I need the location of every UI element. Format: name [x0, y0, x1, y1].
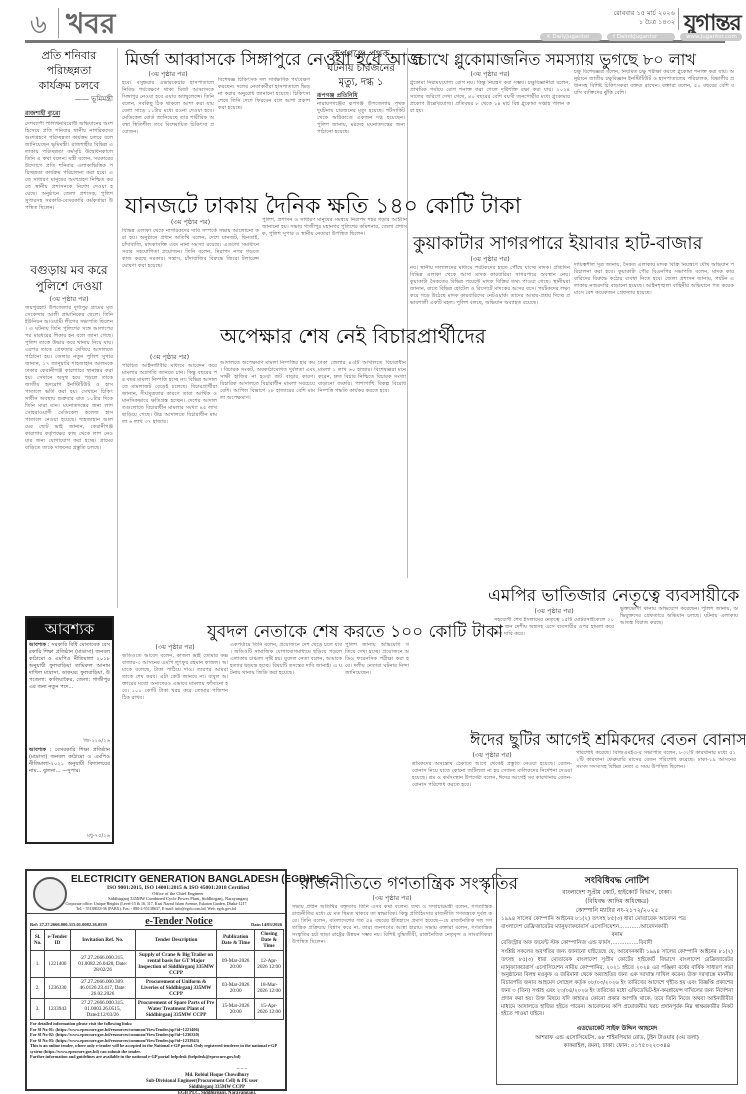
headline-litigants: অপেক্ষার শেষ নেই বিচারপ্রার্থীদের: [220, 322, 486, 355]
tender-title: e-Tender Notice: [145, 916, 213, 927]
article-body: আদালতে অপেক্ষমাণ মামলা নিষ্পত্তির হার কম…: [220, 360, 315, 615]
article-body: জয়পুরহাট উপজেলার দুর্গাপুর গ্রামের মৃত …: [25, 305, 113, 611]
article-body: বিশেষজ্ঞ চিকিৎসক দল সার্বক্ষণিক পর্যবেক্…: [218, 77, 310, 197]
table-row: 1.122140627.27.2666.000.315. 01.0082.26.…: [31, 951, 284, 978]
date-bangla: ১ চৈত্র ১৪৩২: [560, 18, 675, 27]
article-body: হবে। বসুন্ধরার এভারকেয়ার হাসপাতালে নিবি…: [122, 80, 214, 200]
article-body: নারায়ণগঞ্জের রূপগঞ্জ উপজেলায় পৃথক দুর্…: [317, 101, 405, 173]
article-body: নয়। স্থানীয় দালালদের মাধ্যমে পর্যটকদের…: [410, 265, 570, 565]
article-body: দায়িত্বশীল সূত্র জানায়, সৈকত এলাকায় ম…: [574, 262, 734, 562]
table-row: 3.123394327.27.2666.000.315. 01.0003.26.…: [31, 999, 284, 1020]
cleanliness-article: প্রতি শনিবার পরিচ্ছন্নতা কার্যক্রম চলবে …: [25, 48, 113, 259]
classified-title: আবশ্যক: [27, 618, 112, 640]
article-body: একপর্যায়ে তিনি বলেন, প্রয়োজনে দেশ ছেড়…: [230, 642, 342, 842]
article-body: সভায় প্রধান অতিথির বক্তৃতায় তিনি এসব ক…: [292, 904, 492, 1094]
classified-ad-box: আবশ্যক আবশ্যক : সরকারি বিধি মোতাবেক বেসর…: [25, 616, 114, 844]
bogura-article: বগুড়ায় মব করে পুলিশে দেওয়া (৩য় পৃষ্ঠ…: [25, 262, 113, 611]
egb-logo-icon: [33, 877, 67, 911]
article-body: অডিওতে আবেদ বলেন, কাজল ভাই তোমার কক্সবাজ…: [122, 653, 228, 853]
article-body: সহযোগী শেখ ইসলামের নেতৃত্বে ১৫টি মোটরসাই…: [494, 617, 614, 673]
rupganj-article: রূপগঞ্জে পৃথক ঘটনায় চারজনের মৃত্যু, দগ্…: [317, 48, 405, 173]
article-body: পরিচিত আইনজীবীর মাধ্যমে আবেদন করে মামলার…: [122, 363, 217, 613]
article-body: চক্ষু বিশেষজ্ঞরা বলেন, নিয়মিত চক্ষু পরী…: [574, 69, 734, 237]
facebook-link[interactable]: f DainikJugantor: [607, 33, 675, 41]
article-body: শ্রমিকদের অসন্তোষ ঠেকাতে আগে থেকেই প্রস্…: [412, 761, 572, 837]
tender-notice: ELECTRICITY GENERATION BANGLADESH (EGB)P…: [25, 869, 287, 1091]
article-body: দেশব্যাপী পলিথিনবিরোধী অভিযানের অংশ হিসে…: [25, 121, 113, 259]
article-body: ঢাকা জেলার ৪৩টি আদালতে বিচারাধীন মামলা ১…: [318, 360, 406, 615]
brand-divider: [678, 8, 679, 30]
header-divider: [58, 8, 59, 38]
table-row: 2.123633027.27.2666.000.309. 46.0120.23.…: [31, 978, 284, 999]
legal-notice: সংবিধিবদ্ধ নোটিশ বাংলাদেশ সুপ্রীম কোর্ট,…: [496, 868, 738, 1085]
article-body: ভুক্তভোগী থানায় অভিযোগ করেছেন। পুলিশ জা…: [620, 606, 738, 670]
date-gregorian: রোববার ১৫ মার্চ ২০২৬: [560, 9, 675, 18]
column-divider: [117, 48, 118, 608]
date-block: রোববার ১৫ মার্চ ২০২৬ ১ চৈত্র ১৪৩২: [560, 9, 675, 27]
article-body: পুলিশ জানায় অভিযোগ খতিয়ে দেখা হচ্ছে। প…: [345, 642, 409, 842]
twitter-link[interactable]: ✕ DailyJugantor: [540, 33, 602, 41]
article-body: পরিশোধ করেছে। বিজিএমইএ-র সভাপতি বলেন, ৮৩…: [576, 750, 736, 834]
article-body: পুলিশ, প্রশাসন ও সাধারণ মানুষের সমন্বয়ে…: [262, 217, 407, 335]
website-link[interactable]: www.jugantor.com: [680, 33, 742, 41]
tender-table: Sl. No. e-Tender ID Invitation Ref. No. …: [30, 929, 284, 1020]
